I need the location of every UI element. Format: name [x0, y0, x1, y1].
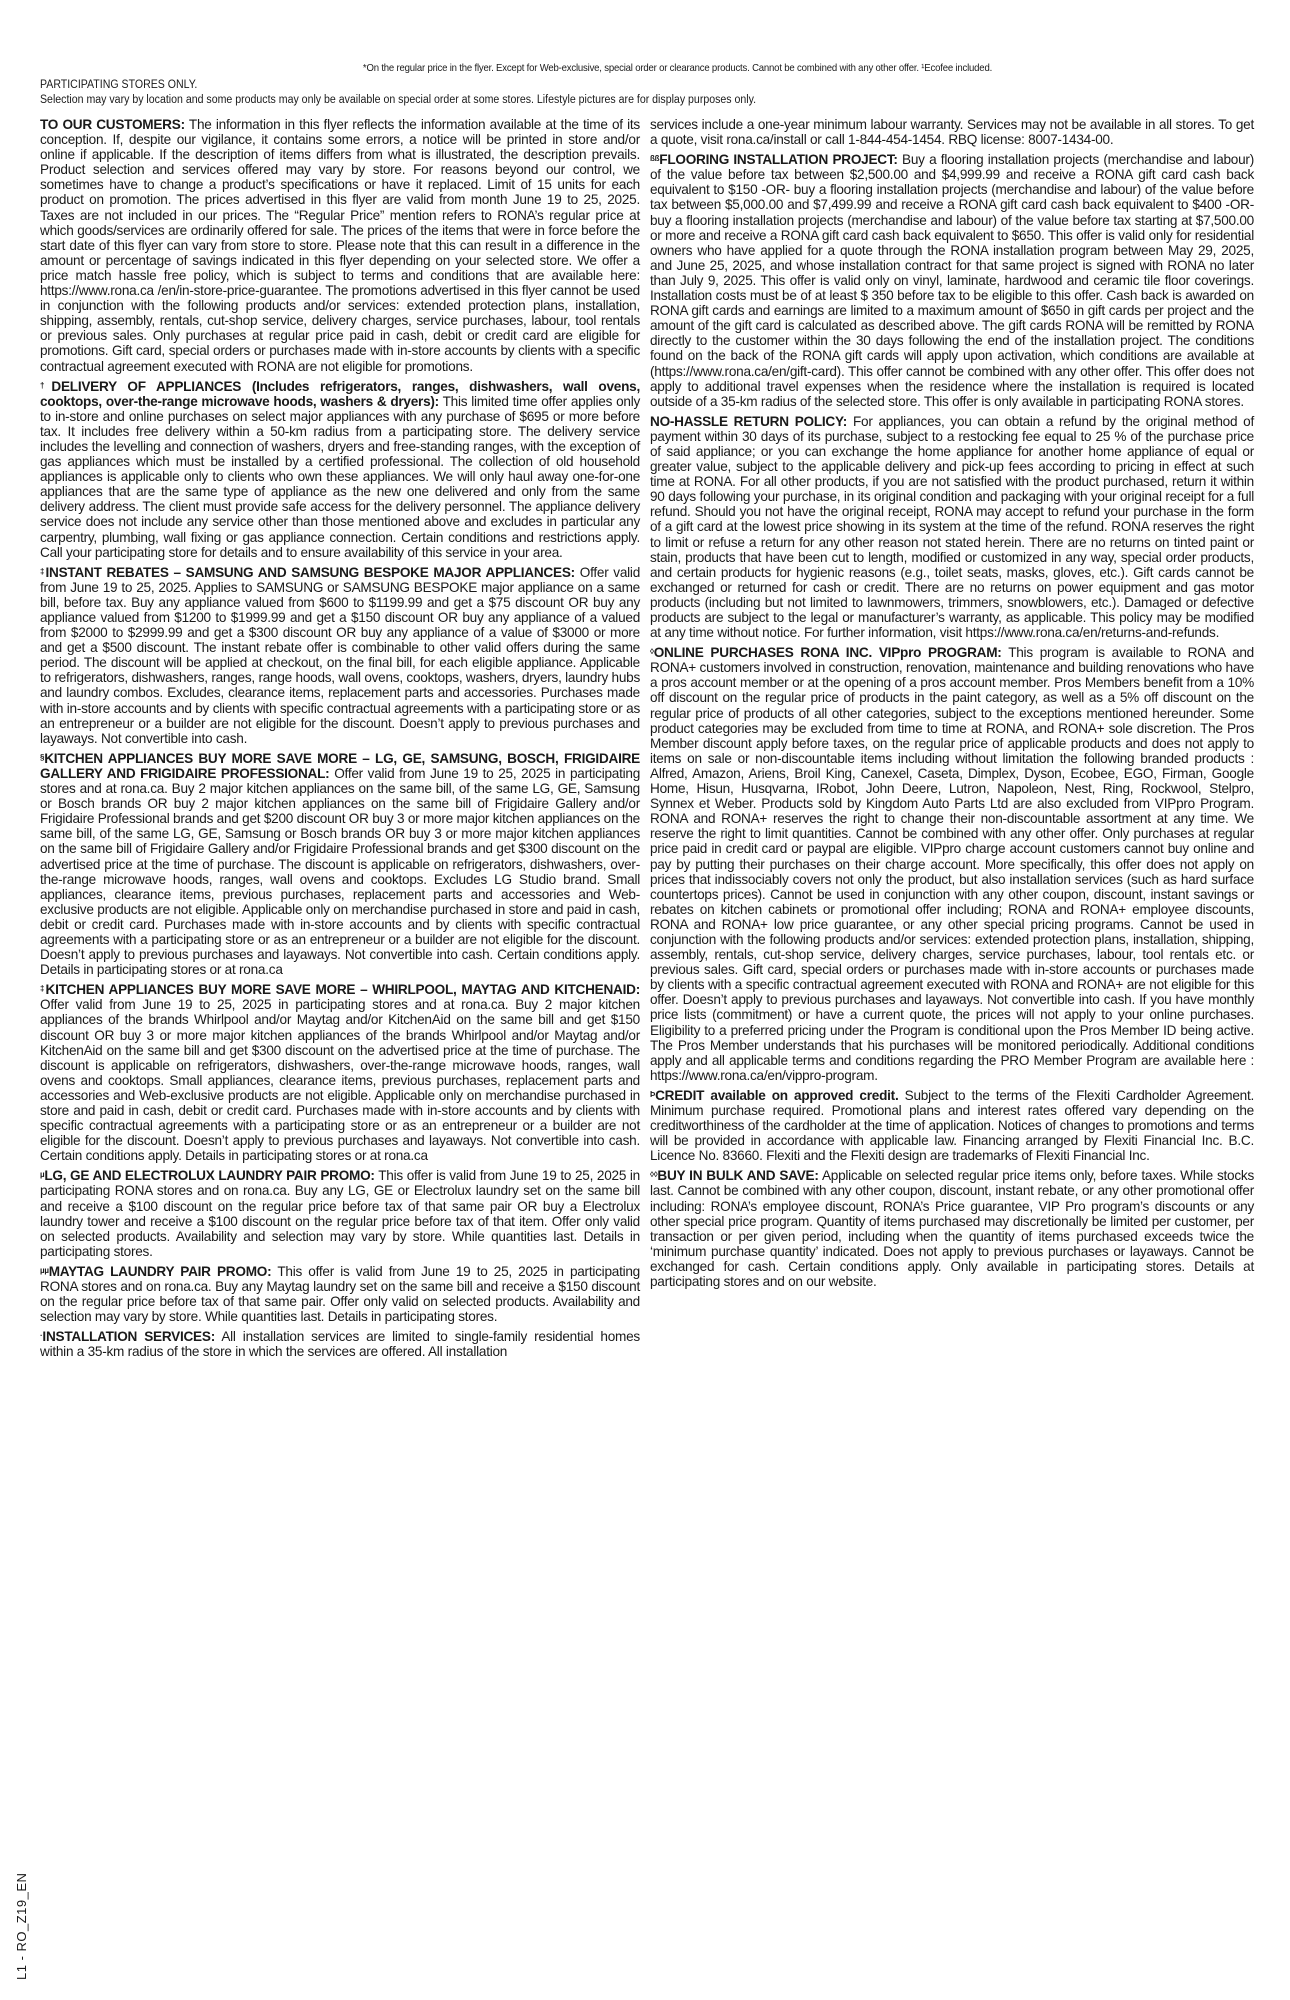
regular-price-footnote: *On the regular price in the flyer. Exce…: [146, 62, 1209, 76]
section-title: FLOORING INSTALLATION PROJECT:: [659, 152, 897, 167]
section-delivery-of-appliances: †DELIVERY OF APPLIANCES (Includes refrig…: [40, 379, 640, 560]
section-body: Applicable on selected regular price ite…: [650, 1168, 1254, 1289]
section-vippro-program: ◊ONLINE PURCHASES RONA INC. VIPpro PROGR…: [650, 645, 1254, 1083]
section-title: LG, GE AND ELECTROLUX LAUNDRY PAIR PROMO…: [44, 1168, 374, 1183]
section-body: Offer valid from June 19 to 25, 2025. Ap…: [40, 565, 640, 746]
section-body: Offer valid from June 19 to 25, 2025 in …: [40, 997, 640, 1163]
footnote-mark: †: [40, 381, 51, 390]
section-title: BUY IN BULK AND SAVE:: [657, 1168, 818, 1183]
left-column: TO OUR CUSTOMERS: The information in thi…: [40, 117, 640, 1365]
footnote-mark: ◊: [650, 647, 654, 656]
right-column: services include a one-year minimum labo…: [650, 117, 1254, 1294]
page-header: *On the regular price in the flyer. Exce…: [40, 62, 1255, 108]
section-body: Buy a flooring installation projects (me…: [650, 152, 1254, 409]
footnote-mark: ßß: [650, 154, 659, 163]
flyer-code-label: L1 - RO_Z19_EN: [14, 1873, 29, 1980]
section-title: TO OUR CUSTOMERS:: [40, 117, 185, 132]
section-title: CREDIT available on approved credit.: [655, 1088, 898, 1103]
section-credit: ÞCREDIT available on approved credit. Su…: [650, 1088, 1254, 1163]
participating-stores-notice: PARTICIPATING STORES ONLY.: [40, 78, 1158, 93]
footnote-mark: ‡: [40, 567, 46, 576]
section-installation-services: ·INSTALLATION SERVICES: All installation…: [40, 1329, 640, 1359]
section-title: INSTALLATION SERVICES:: [42, 1329, 215, 1344]
section-buy-in-bulk: ◊◊BUY IN BULK AND SAVE: Applicable on se…: [650, 1168, 1254, 1289]
section-body: Offer valid from June 19 to 25, 2025 in …: [40, 766, 640, 977]
section-body: This program is available to RONA and RO…: [650, 645, 1254, 1083]
section-title: MAYTAG LAUNDRY PAIR PROMO:: [49, 1264, 272, 1279]
footnote-mark: §: [40, 753, 44, 762]
section-title: KITCHEN APPLIANCES BUY MORE SAVE MORE – …: [46, 982, 640, 997]
section-to-our-customers: TO OUR CUSTOMERS: The information in thi…: [40, 117, 640, 374]
footnote-mark: µ: [40, 1170, 44, 1179]
section-flooring-installation: ßßFLOORING INSTALLATION PROJECT: Buy a f…: [650, 152, 1254, 409]
section-return-policy: NO-HASSLE RETURN POLICY: For appliances,…: [650, 414, 1254, 640]
section-body: This limited time offer applies only to …: [40, 394, 640, 560]
section-title: NO-HASSLE RETURN POLICY:: [650, 414, 847, 429]
section-body: services include a one-year minimum labo…: [650, 117, 1254, 147]
footnote-mark: ◊◊: [650, 1170, 657, 1179]
section-instant-rebates-samsung: ‡INSTANT REBATES – SAMSUNG AND SAMSUNG B…: [40, 565, 640, 746]
section-installation-continued: services include a one-year minimum labo…: [650, 117, 1254, 147]
footnote-mark: µµ: [40, 1266, 49, 1275]
section-kitchen-whirlpool-maytag: ‡KITCHEN APPLIANCES BUY MORE SAVE MORE –…: [40, 982, 640, 1163]
footnote-mark: Þ: [650, 1090, 655, 1099]
footnote-mark: ‡: [40, 984, 46, 993]
selection-disclaimer: Selection may vary by location and some …: [40, 93, 1158, 108]
section-title: INSTANT REBATES – SAMSUNG AND SAMSUNG BE…: [46, 565, 575, 580]
section-lg-ge-electrolux-laundry: µLG, GE AND ELECTROLUX LAUNDRY PAIR PROM…: [40, 1168, 640, 1259]
section-title: ONLINE PURCHASES RONA INC. VIPpro PROGRA…: [654, 645, 1002, 660]
section-maytag-laundry: µµMAYTAG LAUNDRY PAIR PROMO: This offer …: [40, 1264, 640, 1324]
section-body: The information in this flyer reflects t…: [40, 117, 640, 374]
section-body: For appliances, you can obtain a refund …: [650, 414, 1254, 640]
section-kitchen-lg-ge-samsung-bosch: §KITCHEN APPLIANCES BUY MORE SAVE MORE –…: [40, 751, 640, 977]
